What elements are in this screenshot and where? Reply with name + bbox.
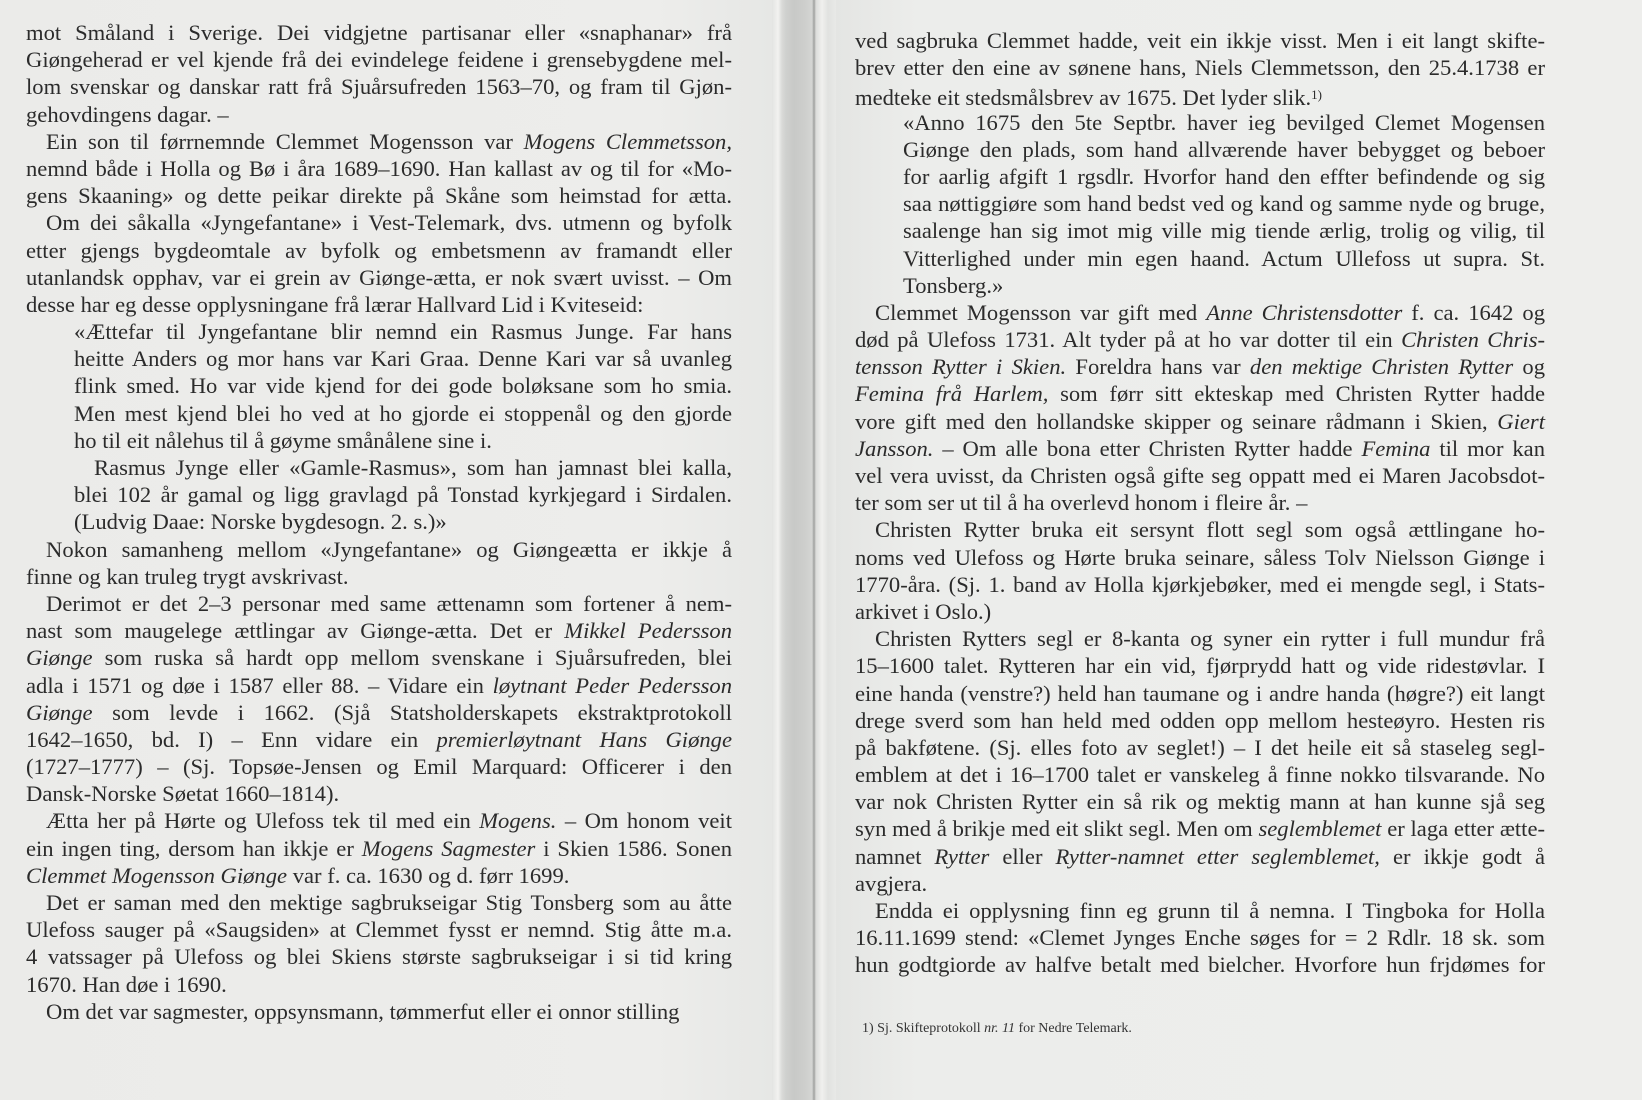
right-page-text-line: brev etter den eine av sønene hans, Niel…	[855, 54, 1545, 81]
right-page-text-line: på bakføtene. (Sj. elles foto av seglet!…	[855, 734, 1545, 761]
left-page-text-line: ho til eit nålehus til å gøyme smånålene…	[26, 427, 732, 454]
left-page-text-line: gehovdingens dagar. –	[26, 101, 732, 128]
left-page-text-line: finne og kan truleg trygt avskrivast.	[26, 563, 732, 590]
right-page-text-line: Femina frå Harlem, som førr sitt ekteska…	[855, 380, 1545, 407]
left-page-text-line: nemnd både i Holla og Bø i åra 1689–1690…	[26, 155, 732, 182]
right-page-text-line: var nok Christen Rytter ein så rik og me…	[855, 788, 1545, 815]
left-page-text-line: Ein son til førrnemnde Clemmet Mogensson…	[26, 128, 732, 155]
left-page-text-line: blei 102 år gamal og ligg gravlagd på To…	[26, 481, 732, 508]
right-page-text-line: Christen Rytters segl er 8-kanta og syne…	[855, 625, 1545, 652]
right-page-text-line: saa nøttiggiøre som hand bedst ved og ka…	[855, 190, 1545, 217]
left-page-text-line: mot Småland i Sverige. Dei vidgjetne par…	[26, 19, 732, 46]
left-page-text-line: (1727–1777) – (Sj. Topsøe-Jensen og Emil…	[26, 753, 732, 780]
right-page-text-line: eine handa (venstre?) held han taumane o…	[855, 680, 1545, 707]
right-page-text-line: avgjera.	[855, 870, 1545, 897]
left-page-text-line: Nokon samanheng mellom «Jyngefantane» og…	[26, 536, 732, 563]
left-page-text-line: Det er saman med den mektige sagbrukseig…	[26, 889, 732, 916]
right-page-text-line: Endda ei opplysning finn eg grunn til å …	[855, 897, 1545, 924]
left-page-text-line: adla i 1571 og døe i 1587 eller 88. – Vi…	[26, 672, 732, 699]
left-page-text-line: Ulefoss sauger på «Saugsiden» at Clemmet…	[26, 916, 732, 943]
right-page-text-line: 16.11.1699 stend: «Clemet Jynges Enche s…	[855, 924, 1545, 951]
left-page-text-line: utanlandsk opphav, var ei grein av Giøng…	[26, 264, 732, 291]
left-page-text-line: Rasmus Jynge eller «Gamle-Rasmus», som h…	[26, 454, 732, 481]
right-page-text-line: medteke eit stedsmålsbrev av 1675. Det l…	[855, 81, 1545, 108]
right-page-body-text: ved sagbruka Clemmet hadde, veit ein ikk…	[855, 27, 1545, 979]
left-page-text-line: ein ingen ting, dersom han ikkje er Moge…	[26, 835, 732, 862]
left-page-text-line: flink smed. Ho var vide kjend for dei go…	[26, 372, 732, 399]
right-page-text-line: ved sagbruka Clemmet hadde, veit ein ikk…	[855, 27, 1545, 54]
right-page-text-line: tensson Rytter i Skien. Foreldra hans va…	[855, 353, 1545, 380]
right-page-text-line: ter som ser ut til å ha overlevd honom i…	[855, 489, 1545, 516]
book-gutter	[772, 0, 836, 1100]
right-page-text-line: saalenge han sig imot mig ville mig tien…	[855, 217, 1545, 244]
left-page-text-line: Giøngeherad er vel kjende frå dei evinde…	[26, 46, 732, 73]
right-page-text-line: vel vera uvisst, da Christen også gifte …	[855, 462, 1545, 489]
left-page-text-line: nast som maugelege ættlingar av Giønge-æ…	[26, 617, 732, 644]
left-page-text-line: (Ludvig Daae: Norske bygdesogn. 2. s.)»	[26, 508, 732, 535]
right-page-text-line: hun godtgiorde av halfve betalt med biel…	[855, 951, 1545, 978]
right-page-text-line: emblem at det i 16–1700 talet er vanskel…	[855, 761, 1545, 788]
right-page-text-line: Tonsberg.»	[855, 272, 1545, 299]
right-page-text-line: 15–1600 talet. Rytteren har ein vid, fjø…	[855, 652, 1545, 679]
left-page-text-line: Men mest kjend blei ho ved at ho gjorde …	[26, 400, 732, 427]
right-page-text-line: syn med å brikje med eit slikt segl. Men…	[855, 815, 1545, 842]
left-page-text-line: gens Skaaning» og dette peikar direkte p…	[26, 182, 732, 209]
left-page-text-line: Derimot er det 2–3 personar med same ætt…	[26, 590, 732, 617]
left-page-text-line: etter gjengs bygdeomtale av byfolk og em…	[26, 237, 732, 264]
left-page-text-line: «Ættefar til Jyngefantane blir nemnd ein…	[26, 318, 732, 345]
left-page-body-text: mot Småland i Sverige. Dei vidgjetne par…	[26, 19, 732, 1025]
right-page-text-line: 1770-åra. (Sj. 1. band av Holla kjørkjeb…	[855, 571, 1545, 598]
right-page-text-line: namnet Rytter eller Rytter-namnet etter …	[855, 843, 1545, 870]
left-page-text-line: Om det var sagmester, oppsynsmann, tømme…	[26, 998, 732, 1025]
left-page-text-line: Giønge som levde i 1662. (Sjå Statsholde…	[26, 699, 732, 726]
right-page-text-line: Vitterlighed under min egen haand. Actum…	[855, 245, 1545, 272]
right-page-text-line: «Anno 1675 den 5te Septbr. haver ieg bev…	[855, 109, 1545, 136]
right-page-text-line: noms ved Ulefoss og Hørte bruka seinare,…	[855, 544, 1545, 571]
right-page-text-line: Christen Rytter bruka eit sersynt flott …	[855, 516, 1545, 543]
left-page-text-line: lom svenskar og danskar ratt frå Sjuårsu…	[26, 73, 732, 100]
right-page-text-line: drege sverd som han held med odden opp m…	[855, 707, 1545, 734]
footnote: 1) Sj. Skifteprotokoll nr. 11 for Nedre …	[862, 1020, 1132, 1038]
left-page-text-line: Clemmet Mogensson Giønge var f. ca. 1630…	[26, 862, 732, 889]
left-page-text-line: desse har eg desse opplysningane frå lær…	[26, 291, 732, 318]
left-page-text-line: Giønge som ruska så hardt opp mellom sve…	[26, 644, 732, 671]
right-page-text-line: død på Ulefoss 1731. Alt tyder på at ho …	[855, 326, 1545, 353]
left-page-text-line: 4 vatssager på Ulefoss og blei Skiens st…	[26, 943, 732, 970]
right-page-text-line: Jansson. – Om alle bona etter Christen R…	[855, 435, 1545, 462]
right-page-text-line: vore gift med den hollandske skipper og …	[855, 408, 1545, 435]
left-page-text-line: Om dei såkalla «Jyngefantane» i Vest-Tel…	[26, 209, 732, 236]
right-page-text-line: arkivet i Oslo.)	[855, 598, 1545, 625]
right-page-text-line: Clemmet Mogensson var gift med Anne Chri…	[855, 299, 1545, 326]
right-page-text-line: Giønge den plads, som hand allværende ha…	[855, 136, 1545, 163]
left-page-text-line: Dansk-Norske Søetat 1660–1814).	[26, 780, 732, 807]
left-page-text-line: Ætta her på Hørte og Ulefoss tek til med…	[26, 807, 732, 834]
left-page-text-line: heitte Anders og mor hans var Kari Graa.…	[26, 345, 732, 372]
left-page-text-line: 1670. Han døe i 1690.	[26, 971, 732, 998]
right-page-text-line: for aarlig afgift 1 rgsdlr. Hvorfor hand…	[855, 163, 1545, 190]
left-page-text-line: 1642–1650, bd. I) – Enn vidare ein premi…	[26, 726, 732, 753]
